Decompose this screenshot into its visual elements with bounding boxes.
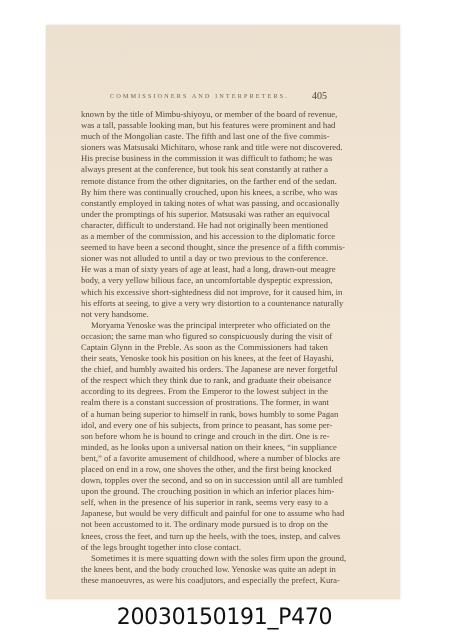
- text-line: sioner was not alluded to until a day or…: [81, 253, 328, 264]
- text-line: minded, as he looks upon a universal nat…: [81, 442, 328, 453]
- text-line: self, when in the presence of his superi…: [81, 497, 328, 508]
- text-line: his efforts at seeing, to give a very wr…: [81, 298, 328, 309]
- running-head: COMMISSIONERS AND INTERPRETERS. 405: [65, 92, 327, 104]
- text-line: of the legs brought together into close …: [81, 542, 328, 553]
- body-text: known by the title of Mimbu-shiyoyu, or …: [81, 109, 328, 586]
- text-line: knees, cross the feet, and turn up the h…: [81, 531, 328, 542]
- text-line: not been accustomed to it. The ordinary …: [81, 519, 328, 530]
- text-line: remote distance from the other dignitari…: [81, 176, 328, 187]
- text-line: the knees bent, and the body crouched lo…: [81, 564, 328, 575]
- text-line: down, topples over the second, and so on…: [81, 475, 328, 486]
- page-number: 405: [312, 91, 327, 102]
- text-line: occasion; the same man who figured so co…: [81, 331, 328, 342]
- text-line: as a member of the commission, and his a…: [81, 231, 328, 242]
- text-line: much of the Mongolian caste. The fifth a…: [81, 131, 328, 142]
- text-line: the chief, and humbly awaited his orders…: [81, 364, 328, 375]
- text-line: realm there is a constant succession of …: [81, 397, 328, 408]
- text-line: placed on end in a row, one shoves the o…: [81, 464, 328, 475]
- text-line: these manoeuvres, as were his coadjutors…: [81, 575, 328, 586]
- text-line: always present at the conference, but to…: [81, 164, 328, 175]
- text-line: known by the title of Mimbu-shiyoyu, or …: [81, 109, 328, 120]
- text-line: Sometimes it is mere squatting down with…: [81, 553, 328, 564]
- text-line: character, difficult to understand. He h…: [81, 220, 328, 231]
- text-line: son before whom he is bound to cringe an…: [81, 431, 328, 442]
- text-line: idol, and every one of his subjects, fro…: [81, 420, 328, 431]
- text-line: sioners was Matsusaki Michitaro, whose r…: [81, 142, 328, 153]
- text-line: Captain Glynn in the Preble. As soon as …: [81, 342, 328, 353]
- text-line: bent,” of a favorite amusement of childh…: [81, 453, 328, 464]
- text-line: constantly employed in taking notes of w…: [81, 198, 328, 209]
- image-caption: 20030150191_P470: [0, 605, 449, 630]
- text-line: according to its degrees. From the Emper…: [81, 386, 328, 397]
- text-line: body, a very yellow bilious face, an unc…: [81, 275, 328, 286]
- text-line: His precise business in the commission i…: [81, 153, 328, 164]
- text-line: He was a man of sixty years of age at le…: [81, 264, 328, 275]
- text-line: upon the ground. The crouching position …: [81, 486, 328, 497]
- text-line: was a tall, passable looking man, but hi…: [81, 120, 328, 131]
- text-line: Moryama Yenoske was the principal interp…: [81, 320, 328, 331]
- text-line: By him there was continually crouched, u…: [81, 187, 328, 198]
- text-line: which his excessive short-sightedness di…: [81, 287, 328, 298]
- text-line: seemed to have been a second thought, si…: [81, 242, 328, 253]
- running-title: COMMISSIONERS AND INTERPRETERS.: [110, 93, 289, 100]
- text-line: Japanese, but would be very difficult an…: [81, 508, 328, 519]
- text-line: of the respect which they think due to r…: [81, 375, 328, 386]
- text-line: their seats, Yenoske took his position o…: [81, 353, 328, 364]
- text-line: under the promptings of his superior. Ma…: [81, 209, 328, 220]
- text-line: of a human being superior to himself in …: [81, 409, 328, 420]
- text-line: not very handsome.: [81, 309, 328, 320]
